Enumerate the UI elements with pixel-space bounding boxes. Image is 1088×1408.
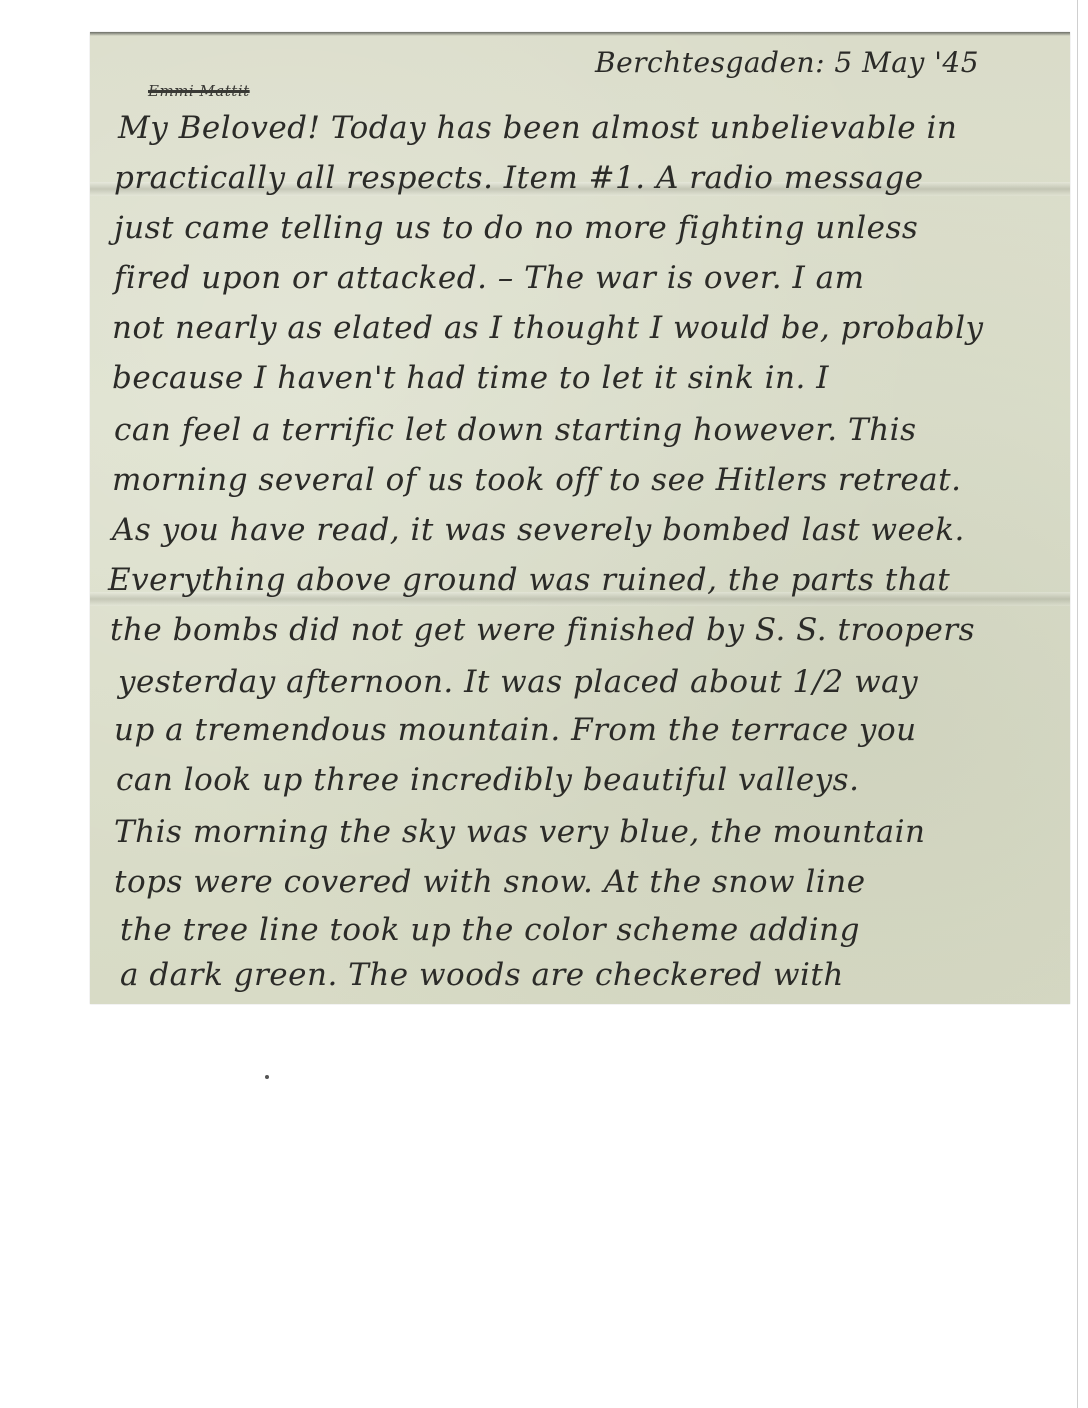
letter-line: morning several of us took off to see Hi… xyxy=(112,462,961,498)
letter-line: can look up three incredibly beautiful v… xyxy=(116,762,859,798)
letter-line: not nearly as elated as I thought I woul… xyxy=(112,310,984,346)
struck-out-name: Emmi Mattit xyxy=(148,82,250,100)
letter-line: just came telling us to do no more fight… xyxy=(114,210,918,246)
letter-line: because I haven't had time to let it sin… xyxy=(112,360,829,396)
letter-line: My Beloved! Today has been almost unbeli… xyxy=(118,110,957,146)
letter-dateline: Berchtesgaden: 5 May '45 xyxy=(595,46,979,79)
letter-line: Everything above ground was ruined, the … xyxy=(108,562,950,598)
letter-line: the bombs did not get were finished by S… xyxy=(110,612,975,648)
scan-edge-line xyxy=(1077,0,1078,1408)
letter-page: Berchtesgaden: 5 May '45 Emmi Mattit My … xyxy=(90,32,1070,1004)
letter-line: can feel a terrific let down starting ho… xyxy=(114,412,916,448)
letter-line: tops were covered with snow. At the snow… xyxy=(114,864,866,900)
letter-line: up a tremendous mountain. From the terra… xyxy=(114,712,917,748)
letter-line: This morning the sky was very blue, the … xyxy=(114,814,925,850)
letter-line: the tree line took up the color scheme a… xyxy=(120,912,860,948)
letter-line: As you have read, it was severely bombed… xyxy=(112,512,965,548)
letter-line: a dark green. The woods are checkered wi… xyxy=(120,957,844,993)
scan-speck xyxy=(265,1075,269,1079)
letter-line: practically all respects. Item #1. A rad… xyxy=(114,160,924,196)
letter-line: yesterday afternoon. It was placed about… xyxy=(118,664,918,700)
letter-line: fired upon or attacked. – The war is ove… xyxy=(114,260,865,296)
